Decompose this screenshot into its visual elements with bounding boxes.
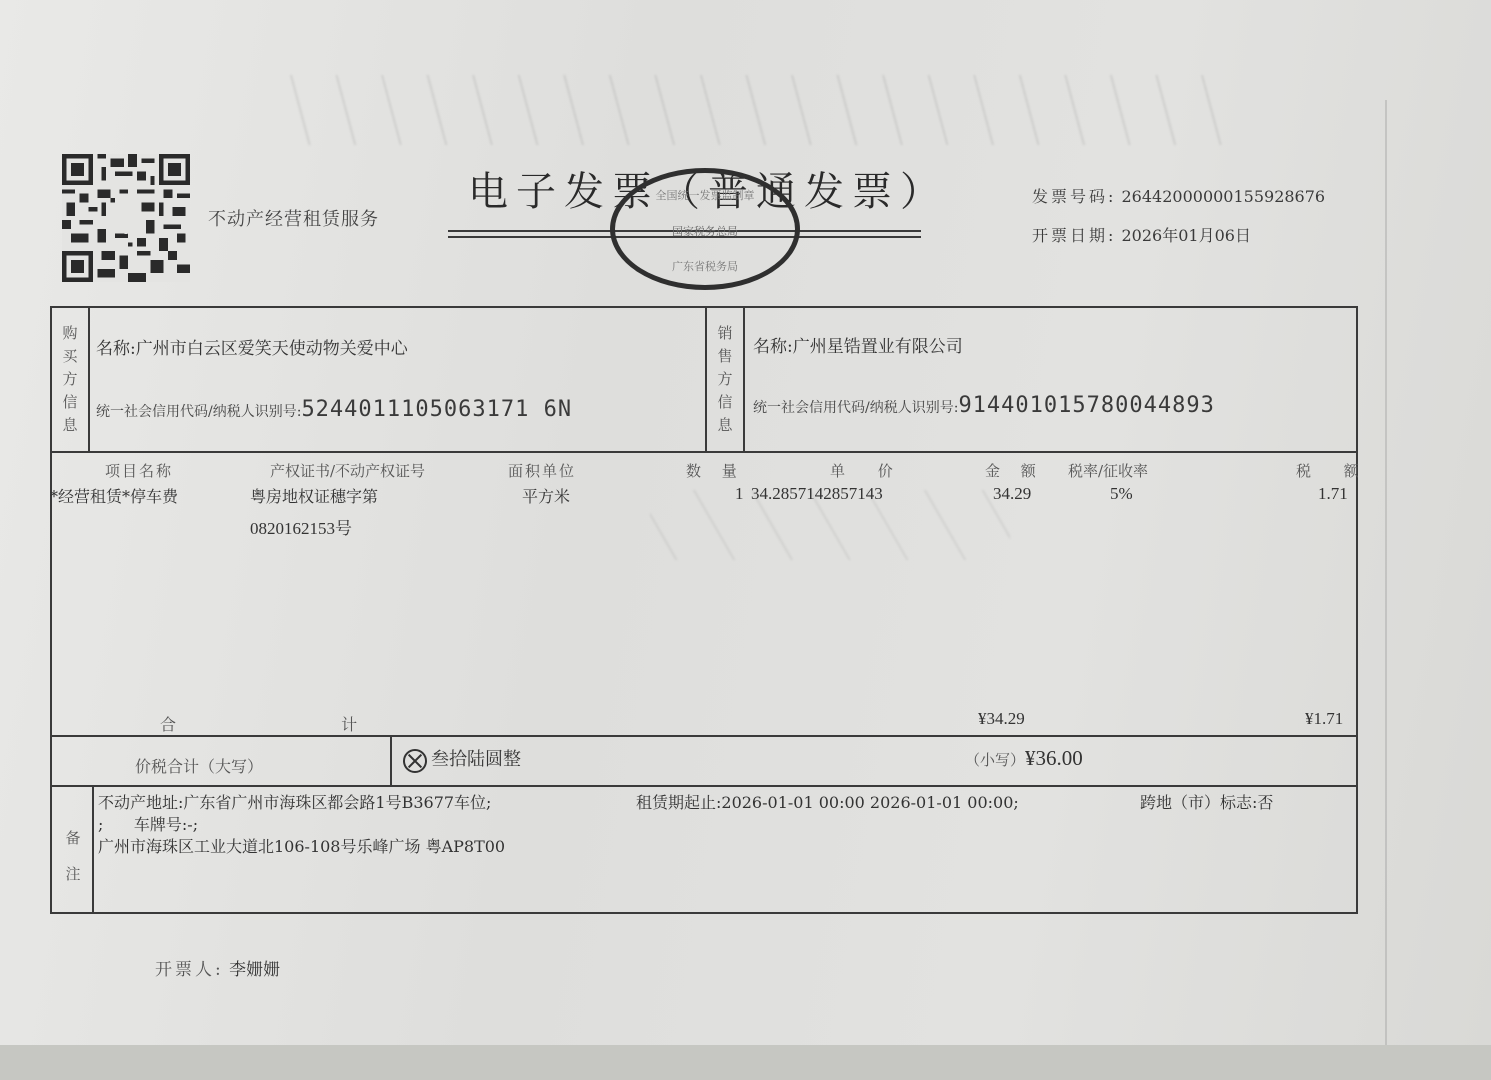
issue-date: 2026年01月06日	[1122, 226, 1251, 245]
notes-section-label: 备注	[58, 820, 88, 892]
grand-total-words: 叁拾陆圆整	[431, 749, 521, 770]
invoice-number: 26442000000155928676	[1122, 187, 1326, 206]
buyer-section-label: 购买方信息	[55, 322, 85, 437]
tax-rate: 5%	[1110, 484, 1133, 504]
divider	[50, 735, 1358, 737]
paper-fold-line	[1385, 100, 1387, 1045]
stamp-top-text: 全国统一发票监制章	[615, 187, 795, 203]
total-tax: ¥1.71	[1305, 709, 1343, 729]
col-header-tax-rate: 税率/征收率	[1068, 460, 1148, 481]
divider	[743, 306, 745, 452]
buyer-tax-id: 5244011105063171 6N	[301, 397, 572, 422]
invoice-number-row: 发票号码: 26442000000155928676	[1032, 184, 1325, 207]
col-header-quantity: 数 量	[686, 460, 745, 481]
seller-tax-id-row: 统一社会信用代码/纳税人识别号:914401015780044893	[753, 393, 1215, 418]
note-cross-region: 跨地（市）标志:否	[1140, 790, 1273, 813]
col-header-unit-price: 单 价	[830, 460, 907, 481]
buyer-name-row: 名称:广州市白云区爱笑天使动物关爱中心	[96, 334, 408, 359]
issue-date-row: 开票日期: 2026年01月06日	[1032, 223, 1251, 246]
issuer-name: 李姗姗	[229, 960, 280, 980]
buyer-name-label: 名称:	[96, 339, 136, 359]
stamp-bottom-text: 广东省税务局	[615, 258, 795, 274]
col-header-amount: 金 额	[985, 460, 1044, 481]
buyer-tax-id-label: 统一社会信用代码/纳税人识别号:	[96, 404, 301, 420]
stamp-middle-text: 国家税务总局	[615, 223, 795, 239]
issue-date-label: 开票日期:	[1032, 226, 1116, 245]
buyer-name: 广州市白云区爱笑天使动物关爱中心	[136, 339, 408, 359]
tax-amount: 1.71	[1318, 484, 1348, 504]
seller-tax-id-label: 统一社会信用代码/纳税人识别号:	[753, 400, 958, 416]
qr-code-icon	[62, 154, 190, 282]
seller-section-label: 销售方信息	[710, 322, 740, 437]
amount: 34.29	[993, 484, 1031, 504]
certificate-line-1: 粤房地权证穗字第	[250, 484, 378, 507]
col-header-tax: 税 额	[1296, 460, 1373, 481]
seller-tax-id: 914401015780044893	[958, 393, 1214, 418]
total-amount: ¥34.29	[978, 709, 1025, 729]
background-surface	[0, 1045, 1491, 1080]
show-through-handwriting	[290, 75, 1240, 145]
certificate-line-2: 0820162153号	[250, 514, 352, 539]
grand-total-small-label: （小写）	[965, 751, 1025, 769]
divider	[390, 735, 392, 786]
note-location: 广州市海珠区工业大道北106-108号乐峰广场 粤AP8T00	[98, 834, 505, 857]
seller-name-row: 名称:广州星锆置业有限公司	[753, 332, 963, 357]
divider	[50, 451, 1358, 453]
grand-total-figure-row: （小写）¥36.00	[965, 746, 1083, 771]
issuer-row: 开票人: 李姗姗	[155, 955, 280, 980]
tax-bureau-stamp: 全国统一发票监制章 国家税务总局 广东省税务局	[610, 168, 800, 290]
divider	[50, 785, 1358, 787]
buyer-tax-id-row: 统一社会信用代码/纳税人识别号:5244011105063171 6N	[96, 397, 572, 422]
unit-price: 34.2857142857143	[751, 484, 883, 504]
grand-total-words-row: 叁拾陆圆整	[403, 745, 521, 773]
issuer-label: 开票人:	[155, 960, 224, 980]
area-unit: 平方米	[522, 484, 570, 507]
grand-total-figure: ¥36.00	[1025, 746, 1083, 770]
service-type: 不动产经营租赁服务	[208, 205, 379, 231]
total-label: 合 计	[160, 712, 437, 735]
note-plate-number: ; 车牌号:-;	[98, 812, 198, 835]
note-address: 不动产地址:广东省广州市海珠区都会路1号B3677车位;	[98, 790, 491, 813]
col-header-item-name: 项目名称	[105, 460, 173, 481]
seller-name-label: 名称:	[753, 337, 793, 357]
col-header-area-unit: 面积单位	[508, 460, 576, 481]
item-name: *经营租赁*停车费	[50, 484, 178, 507]
x-circle-icon	[403, 749, 427, 773]
note-lease-period: 租赁期起止:2026-01-01 00:00 2026-01-01 00:00;	[636, 790, 1019, 813]
divider	[705, 306, 707, 452]
invoice-number-label: 发票号码:	[1032, 187, 1116, 206]
divider	[88, 306, 90, 452]
col-header-certificate: 产权证书/不动产权证号	[270, 460, 425, 481]
divider	[92, 785, 94, 914]
quantity: 1	[735, 484, 744, 504]
seller-name: 广州星锆置业有限公司	[793, 337, 963, 357]
grand-total-label: 价税合计（大写）	[135, 754, 263, 777]
